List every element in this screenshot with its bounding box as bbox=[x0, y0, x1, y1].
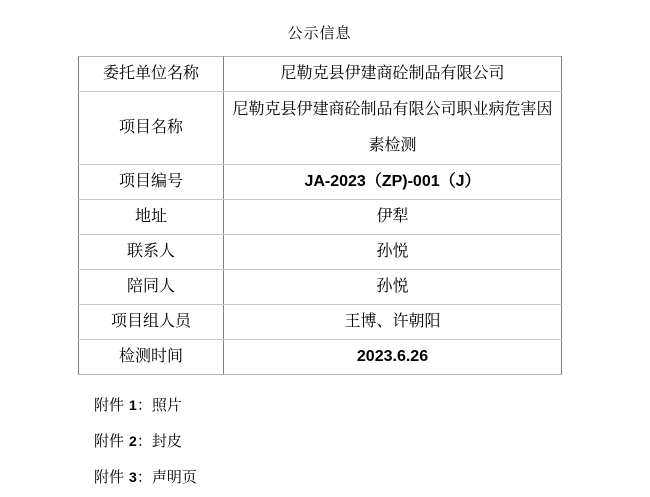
cell-label-address: 地址 bbox=[79, 200, 224, 235]
cell-value-client-name: 尼勒克县伊建商砼制品有限公司 bbox=[224, 57, 562, 92]
cell-label-inspection-date: 检测时间 bbox=[79, 340, 224, 375]
cell-value-accompanying-person: 孙悦 bbox=[224, 270, 562, 305]
attachment-label: ：封皮 bbox=[137, 434, 182, 450]
row-project-name: 项目名称 尼勒克县伊建商砼制品有限公司职业病危害因素检测 bbox=[79, 92, 562, 165]
attachment-item-photo: 附件1：照片 bbox=[94, 387, 561, 423]
cell-label-contact-person: 联系人 bbox=[79, 235, 224, 270]
cell-value-project-name: 尼勒克县伊建商砼制品有限公司职业病危害因素检测 bbox=[224, 92, 562, 165]
cell-value-project-team: 王博、许朝阳 bbox=[224, 305, 562, 340]
page-title: 公示信息 bbox=[78, 0, 561, 44]
attachment-number: 3 bbox=[129, 469, 137, 485]
row-accompanying-person: 陪同人 孙悦 bbox=[79, 270, 562, 305]
document-content: 公示信息 委托单位名称 尼勒克县伊建商砼制品有限公司 项目名称 尼勒克县伊建商砼… bbox=[78, 0, 561, 495]
cell-value-project-number: JA-2023（ZP)-001（J） bbox=[224, 165, 562, 200]
row-client-name: 委托单位名称 尼勒克县伊建商砼制品有限公司 bbox=[79, 57, 562, 92]
attachment-number: 1 bbox=[129, 397, 137, 413]
attachment-label: ：照片 bbox=[137, 398, 182, 414]
document-page: 公示信息 委托单位名称 尼勒克县伊建商砼制品有限公司 项目名称 尼勒克县伊建商砼… bbox=[0, 0, 650, 497]
cell-value-inspection-date: 2023.6.26 bbox=[224, 340, 562, 375]
cell-value-contact-person: 孙悦 bbox=[224, 235, 562, 270]
attachment-label: ：声明页 bbox=[137, 470, 197, 486]
attachment-prefix: 附件 bbox=[94, 434, 124, 450]
cell-label-accompanying-person: 陪同人 bbox=[79, 270, 224, 305]
cell-label-project-team: 项目组人员 bbox=[79, 305, 224, 340]
cell-label-project-number: 项目编号 bbox=[79, 165, 224, 200]
cell-value-address: 伊犁 bbox=[224, 200, 562, 235]
row-inspection-date: 检测时间 2023.6.26 bbox=[79, 340, 562, 375]
attachment-prefix: 附件 bbox=[94, 470, 124, 486]
public-info-table: 委托单位名称 尼勒克县伊建商砼制品有限公司 项目名称 尼勒克县伊建商砼制品有限公… bbox=[78, 56, 562, 375]
attachment-prefix: 附件 bbox=[94, 398, 124, 414]
attachment-item-cover: 附件2：封皮 bbox=[94, 423, 561, 459]
row-project-number: 项目编号 JA-2023（ZP)-001（J） bbox=[79, 165, 562, 200]
row-contact-person: 联系人 孙悦 bbox=[79, 235, 562, 270]
attachment-list: 附件1：照片 附件2：封皮 附件3：声明页 bbox=[78, 387, 561, 495]
cell-label-project-name: 项目名称 bbox=[79, 92, 224, 165]
row-address: 地址 伊犁 bbox=[79, 200, 562, 235]
row-project-team: 项目组人员 王博、许朝阳 bbox=[79, 305, 562, 340]
attachment-number: 2 bbox=[129, 433, 137, 449]
cell-label-client-name: 委托单位名称 bbox=[79, 57, 224, 92]
attachment-item-statement-page: 附件3：声明页 bbox=[94, 459, 561, 495]
